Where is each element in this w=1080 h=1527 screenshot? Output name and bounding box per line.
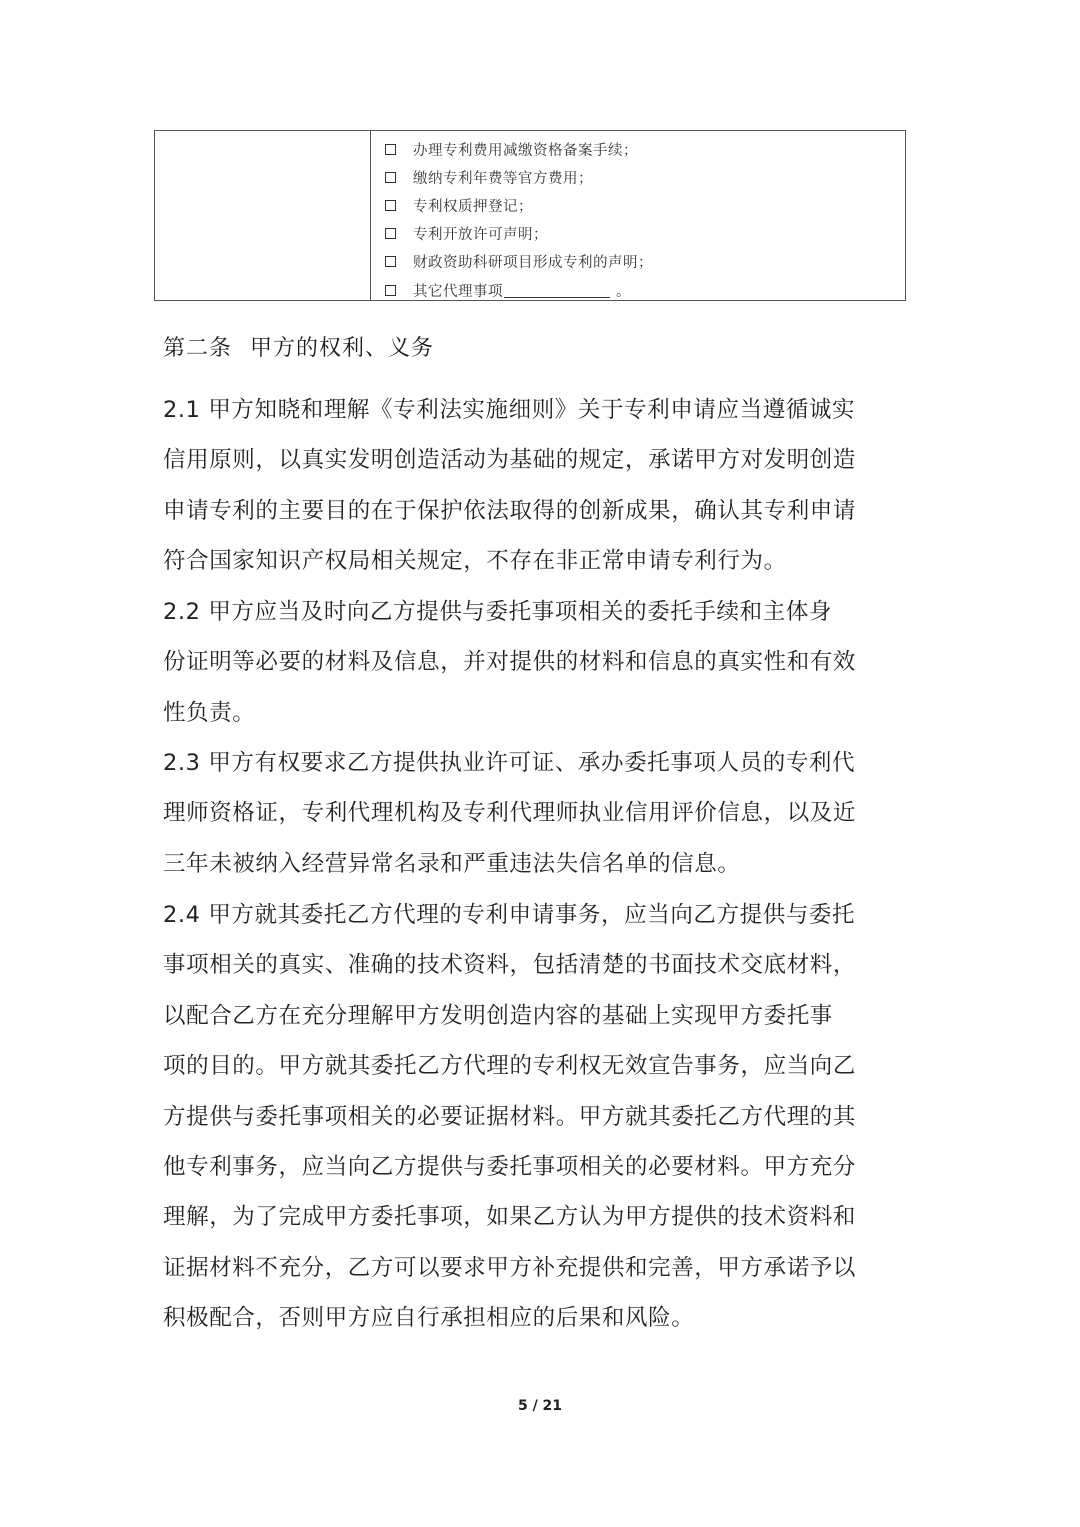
- checkbox-open-license[interactable]: [385, 228, 396, 239]
- clause-2-4: 2.4 甲方就其委托乙方代理的专利申请事务，应当向乙方提供与委托 事项相关的真实…: [163, 890, 923, 1344]
- clause-line: 符合国家知识产权局相关规定，不存在非正常申请专利行为。: [163, 536, 923, 586]
- option-row: 专利权质押登记；: [383, 191, 905, 219]
- clause-2-3: 2.3 甲方有权要求乙方提供执业许可证、承办委托事项人员的专利代 理师资格证，专…: [163, 738, 923, 889]
- clause-line: 项的目的。甲方就其委托乙方代理的专利权无效宣告事务，应当向乙: [163, 1041, 923, 1091]
- option-suffix: 。: [616, 280, 631, 301]
- checkbox-fiscal-funding[interactable]: [385, 256, 396, 267]
- clause-line: 他专利事务，应当向乙方提供与委托事项相关的必要材料。甲方充分: [163, 1142, 923, 1192]
- document-page: 办理专利费用减缴资格备案手续； 缴纳专利年费等官方费用； 专利权质押登记； 专利…: [0, 0, 1080, 1527]
- clause-line: 三年未被纳入经营异常名录和严重违法失信名单的信息。: [163, 839, 923, 889]
- clause-line: 方提供与委托事项相关的必要证据材料。甲方就其委托乙方代理的其: [163, 1092, 923, 1142]
- agency-matters-table: 办理专利费用减缴资格备案手续； 缴纳专利年费等官方费用； 专利权质押登记； 专利…: [154, 130, 906, 301]
- clause-line: 2.4 甲方就其委托乙方代理的专利申请事务，应当向乙方提供与委托: [163, 890, 923, 940]
- checkbox-other-matters[interactable]: [385, 285, 396, 296]
- table-left-cell: [155, 131, 371, 300]
- option-row: 缴纳专利年费等官方费用；: [383, 163, 905, 191]
- section-heading: 第二条甲方的权利、义务: [163, 331, 434, 362]
- clause-line: 性负责。: [163, 688, 923, 738]
- clause-line: 以配合乙方在充分理解甲方发明创造内容的基础上实现甲方委托事: [163, 991, 923, 1041]
- clause-line: 事项相关的真实、准确的技术资料，包括清楚的书面技术交底材料，: [163, 940, 923, 990]
- option-label: 专利权质押登记；: [413, 195, 533, 216]
- option-label: 其它代理事项: [413, 280, 503, 301]
- clause-line: 理师资格证，专利代理机构及专利代理师执业信用评价信息，以及近: [163, 788, 923, 838]
- checkbox-annual-fees[interactable]: [385, 172, 396, 183]
- option-label: 财政资助科研项目形成专利的声明；: [413, 251, 653, 272]
- checkbox-pledge-registration[interactable]: [385, 200, 396, 211]
- clause-line: 申请专利的主要目的在于保护依法取得的创新成果，确认其专利申请: [163, 486, 923, 536]
- option-row: 专利开放许可声明；: [383, 220, 905, 248]
- clause-line: 理解，为了完成甲方委托事项，如果乙方认为甲方提供的技术资料和: [163, 1192, 923, 1242]
- option-label: 缴纳专利年费等官方费用；: [413, 167, 593, 188]
- option-row: 办理专利费用减缴资格备案手续；: [383, 135, 905, 163]
- table-options-cell: 办理专利费用减缴资格备案手续； 缴纳专利年费等官方费用； 专利权质押登记； 专利…: [371, 131, 905, 300]
- clause-2-1: 2.1 甲方知晓和理解《专利法实施细则》关于专利申请应当遵循诚实 信用原则，以真…: [163, 385, 923, 587]
- clause-line: 2.1 甲方知晓和理解《专利法实施细则》关于专利申请应当遵循诚实: [163, 385, 923, 435]
- checkbox-fee-reduction[interactable]: [385, 144, 396, 155]
- other-matters-blank[interactable]: [504, 283, 610, 298]
- option-label: 专利开放许可声明；: [413, 223, 548, 244]
- page-number: 5 / 21: [0, 1398, 1080, 1414]
- option-label: 办理专利费用减缴资格备案手续；: [413, 139, 638, 160]
- section-title: 甲方的权利、义务: [250, 336, 434, 361]
- clause-line: 2.2 甲方应当及时向乙方提供与委托事项相关的委托手续和主体身: [163, 587, 923, 637]
- clause-line: 积极配合，否则甲方应自行承担相应的后果和风险。: [163, 1293, 923, 1343]
- clause-2-2: 2.2 甲方应当及时向乙方提供与委托事项相关的委托手续和主体身 份证明等必要的材…: [163, 587, 923, 738]
- clause-line: 2.3 甲方有权要求乙方提供执业许可证、承办委托事项人员的专利代: [163, 738, 923, 788]
- clause-line: 证据材料不充分，乙方可以要求甲方补充提供和完善，甲方承诺予以: [163, 1243, 923, 1293]
- option-row: 财政资助科研项目形成专利的声明；: [383, 248, 905, 276]
- option-row: 其它代理事项 。: [383, 276, 905, 304]
- clause-line: 份证明等必要的材料及信息，并对提供的材料和信息的真实性和有效: [163, 637, 923, 687]
- section-number: 第二条: [163, 336, 232, 361]
- clause-line: 信用原则，以真实发明创造活动为基础的规定，承诺甲方对发明创造: [163, 435, 923, 485]
